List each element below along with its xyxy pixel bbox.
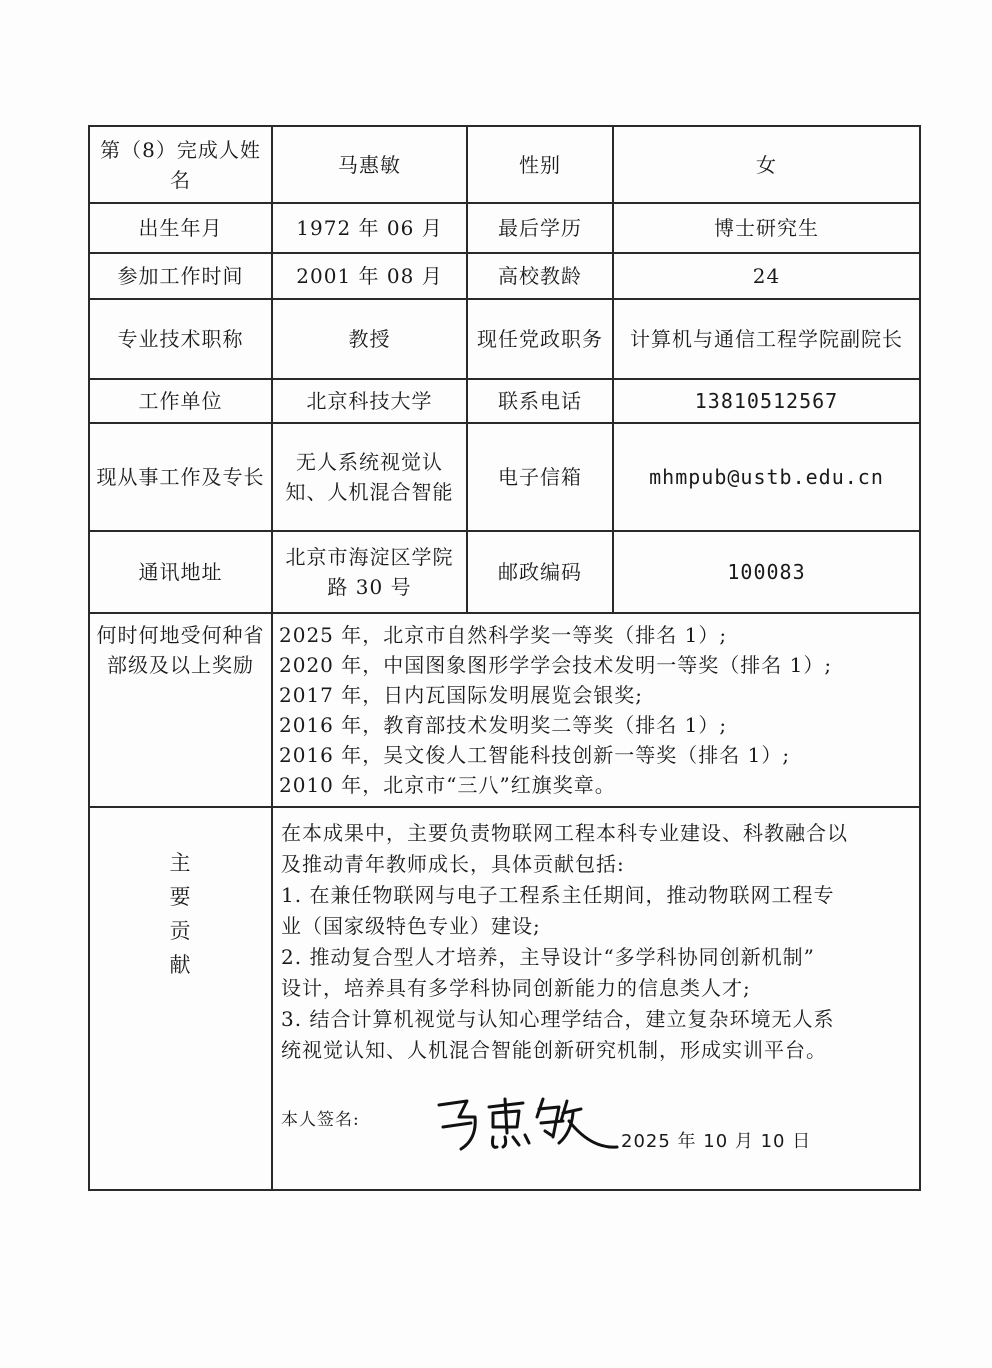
table-row: 第（8）完成人姓名 马惠敏 性别 女 — [89, 126, 920, 203]
handwritten-signature-icon — [431, 1087, 621, 1157]
field-value-education: 博士研究生 — [613, 203, 920, 253]
field-label-gender: 性别 — [467, 126, 613, 203]
award-item: 2016 年，吴文俊人工智能科技创新一等奖（排名 1）; — [279, 740, 913, 770]
award-item: 2010 年，北京市“三八”红旗奖章。 — [279, 770, 913, 800]
field-value-teaching-years: 24 — [613, 253, 920, 299]
contribution-line: 在本成果中，主要负责物联网工程本科专业建设、科教融合以 — [281, 818, 911, 849]
award-item: 2025 年，北京市自然科学奖一等奖（排名 1）; — [279, 620, 913, 650]
contribution-line: 2. 推动复合型人才培养，主导设计“多学科协同创新机制” — [281, 942, 911, 973]
field-value-birth: 1972 年 06 月 — [272, 203, 467, 253]
field-label-teaching-years: 高校教龄 — [467, 253, 613, 299]
personnel-info-form: 第（8）完成人姓名 马惠敏 性别 女 出生年月 1972 年 06 月 最后学历… — [88, 125, 921, 1191]
contributions-row: 主 要 贡 献 在本成果中，主要负责物联网工程本科专业建设、科教融合以 及推动青… — [89, 807, 920, 1190]
document-page: 第（8）完成人姓名 马惠敏 性别 女 出生年月 1972 年 06 月 最后学历… — [0, 0, 992, 1368]
field-value-specialty: 无人系统视觉认知、人机混合智能 — [272, 423, 467, 531]
field-value-phone: 13810512567 — [613, 379, 920, 423]
field-value-title: 教授 — [272, 299, 467, 379]
table-row: 出生年月 1972 年 06 月 最后学历 博士研究生 — [89, 203, 920, 253]
contributions-content: 在本成果中，主要负责物联网工程本科专业建设、科教融合以 及推动青年教师成长，具体… — [272, 807, 920, 1190]
field-label-contributions: 主 要 贡 献 — [89, 807, 272, 1190]
table-row: 专业技术职称 教授 现任党政职务 计算机与通信工程学院副院长 — [89, 299, 920, 379]
table-row: 工作单位 北京科技大学 联系电话 13810512567 — [89, 379, 920, 423]
field-label-work-start: 参加工作时间 — [89, 253, 272, 299]
field-label-education: 最后学历 — [467, 203, 613, 253]
label-char: 主 — [170, 848, 192, 878]
signature-label: 本人签名: — [281, 1105, 360, 1135]
field-label-address: 通讯地址 — [89, 531, 272, 613]
field-value-postcode: 100083 — [613, 531, 920, 613]
field-value-address: 北京市海淀区学院路 30 号 — [272, 531, 467, 613]
field-label-employer: 工作单位 — [89, 379, 272, 423]
field-value-gender: 女 — [613, 126, 920, 203]
contribution-line: 设计，培养具有多学科协同创新能力的信息类人才; — [281, 973, 911, 1004]
field-value-work-start: 2001 年 08 月 — [272, 253, 467, 299]
label-char: 要 — [170, 882, 192, 912]
field-label-specialty: 现从事工作及专长 — [89, 423, 272, 531]
field-value-name: 马惠敏 — [272, 126, 467, 203]
field-label-email: 电子信箱 — [467, 423, 613, 531]
contribution-line: 业（国家级特色专业）建设; — [281, 911, 911, 942]
field-value-employer: 北京科技大学 — [272, 379, 467, 423]
field-label-awards: 何时何地受何种省部级及以上奖励 — [89, 613, 272, 807]
field-label-phone: 联系电话 — [467, 379, 613, 423]
award-item: 2017 年，日内瓦国际发明展览会银奖; — [279, 680, 913, 710]
field-label-name: 第（8）完成人姓名 — [89, 126, 272, 203]
field-label-title: 专业技术职称 — [89, 299, 272, 379]
field-label-postcode: 邮政编码 — [467, 531, 613, 613]
signature-date: 2025 年 10 月 10 日 — [621, 1127, 811, 1157]
field-label-birth: 出生年月 — [89, 203, 272, 253]
label-char: 献 — [170, 950, 192, 980]
field-value-email: mhmpub@ustb.edu.cn — [613, 423, 920, 531]
contribution-line: 3. 结合计算机视觉与认知心理学结合，建立复杂环境无人系 — [281, 1004, 911, 1035]
contributions-text: 在本成果中，主要负责物联网工程本科专业建设、科教融合以 及推动青年教师成长，具体… — [281, 818, 911, 1066]
label-char: 贡 — [170, 916, 192, 946]
field-label-position: 现任党政职务 — [467, 299, 613, 379]
awards-list: 2025 年，北京市自然科学奖一等奖（排名 1）; 2020 年，中国图象图形学… — [272, 613, 920, 807]
signature-area: 本人签名: 2025 年 10 月 10 日 — [281, 1087, 921, 1167]
field-value-position: 计算机与通信工程学院副院长 — [613, 299, 920, 379]
awards-row: 何时何地受何种省部级及以上奖励 2025 年，北京市自然科学奖一等奖（排名 1）… — [89, 613, 920, 807]
contribution-line: 统视觉认知、人机混合智能创新研究机制，形成实训平台。 — [281, 1035, 911, 1066]
contribution-line: 1. 在兼任物联网与电子工程系主任期间，推动物联网工程专 — [281, 880, 911, 911]
contribution-line: 及推动青年教师成长，具体贡献包括: — [281, 849, 911, 880]
table-row: 参加工作时间 2001 年 08 月 高校教龄 24 — [89, 253, 920, 299]
table-row: 通讯地址 北京市海淀区学院路 30 号 邮政编码 100083 — [89, 531, 920, 613]
award-item: 2016 年，教育部技术发明奖二等奖（排名 1）; — [279, 710, 913, 740]
table-row: 现从事工作及专长 无人系统视觉认知、人机混合智能 电子信箱 mhmpub@ust… — [89, 423, 920, 531]
award-item: 2020 年，中国图象图形学学会技术发明一等奖（排名 1）; — [279, 650, 913, 680]
